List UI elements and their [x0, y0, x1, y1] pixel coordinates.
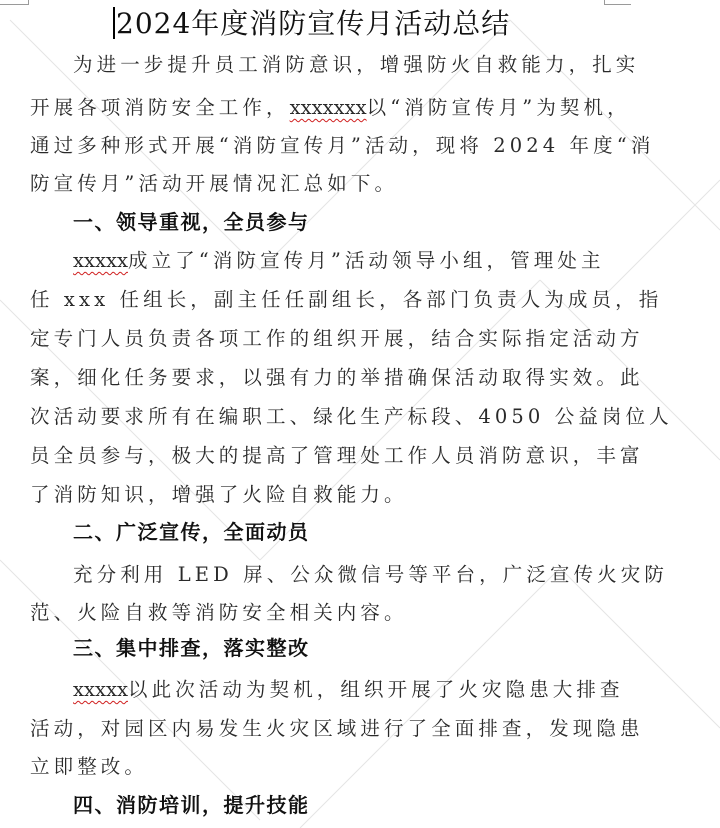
section3-line-1: xxxxx以此次活动为契机，组织开展了火灾隐患大排查	[73, 676, 624, 704]
placeholder-org-name[interactable]: xxxxxxx	[290, 96, 367, 119]
section2-line-2: 范、火险自救等消防安全相关内容。	[30, 599, 408, 627]
section1-line-1: xxxxx成立了“消防宣传月”活动领导小组，管理处主	[73, 247, 605, 275]
document-page[interactable]: 2024年度消防宣传月活动总结 为进一步提升员工消防意识，增强防火自救能力，扎实…	[0, 0, 720, 828]
section3-line-3: 立即整改。	[30, 753, 148, 781]
intro-line-4: 防宣传月”活动开展情况汇总如下。	[30, 170, 398, 198]
section1-line-3: 定专门人员负责各项工作的组织开展，结合实际指定活动方	[30, 325, 644, 353]
page-corner-mark-top-left	[0, 0, 29, 5]
placeholder-org-name[interactable]: xxxxx	[73, 249, 128, 272]
section3-line-2: 活动，对园区内易发生火灾区域进行了全面排查，发现隐患	[30, 715, 644, 743]
intro-line-2: 开展各项消防安全工作，xxxxxxx以“消防宣传月”为契机，	[30, 94, 631, 122]
section-heading-1: 一、领导重视，全员参与	[73, 208, 310, 236]
section1-line-5: 次活动要求所有在编职工、绿化生产标段、4050 公益岗位人	[30, 403, 673, 431]
section1-line-4: 案，细化任务要求，以强有力的举措确保活动取得实效。此	[30, 364, 644, 392]
section2-line-1: 充分利用 LED 屏、公众微信号等平台，广泛宣传火灾防	[73, 561, 668, 589]
section1-line-6: 员全员参与，极大的提高了管理处工作人员消防意识，丰富	[30, 442, 644, 470]
section-heading-2: 二、广泛宣传，全面动员	[73, 518, 310, 546]
document-title[interactable]: 2024年度消防宣传月活动总结	[113, 4, 510, 44]
section-heading-4: 四、消防培训，提升技能	[73, 791, 310, 819]
placeholder-org-name[interactable]: xxxxx	[73, 678, 128, 701]
page-corner-mark-top-right	[604, 0, 631, 5]
text-cursor	[113, 7, 115, 39]
section1-line-7: 了消防知识，增强了火险自救能力。	[30, 481, 408, 509]
intro-line-3: 通过多种形式开展“消防宣传月”活动，现将 2024 年度“消	[30, 132, 654, 160]
section1-line-2: 任 xxx 任组长，副主任任副组长，各部门负责人为成员，指	[30, 286, 662, 314]
intro-line-1: 为进一步提升员工消防意识，增强防火自救能力，扎实	[73, 51, 639, 79]
section-heading-3: 三、集中排查，落实整改	[73, 634, 310, 662]
